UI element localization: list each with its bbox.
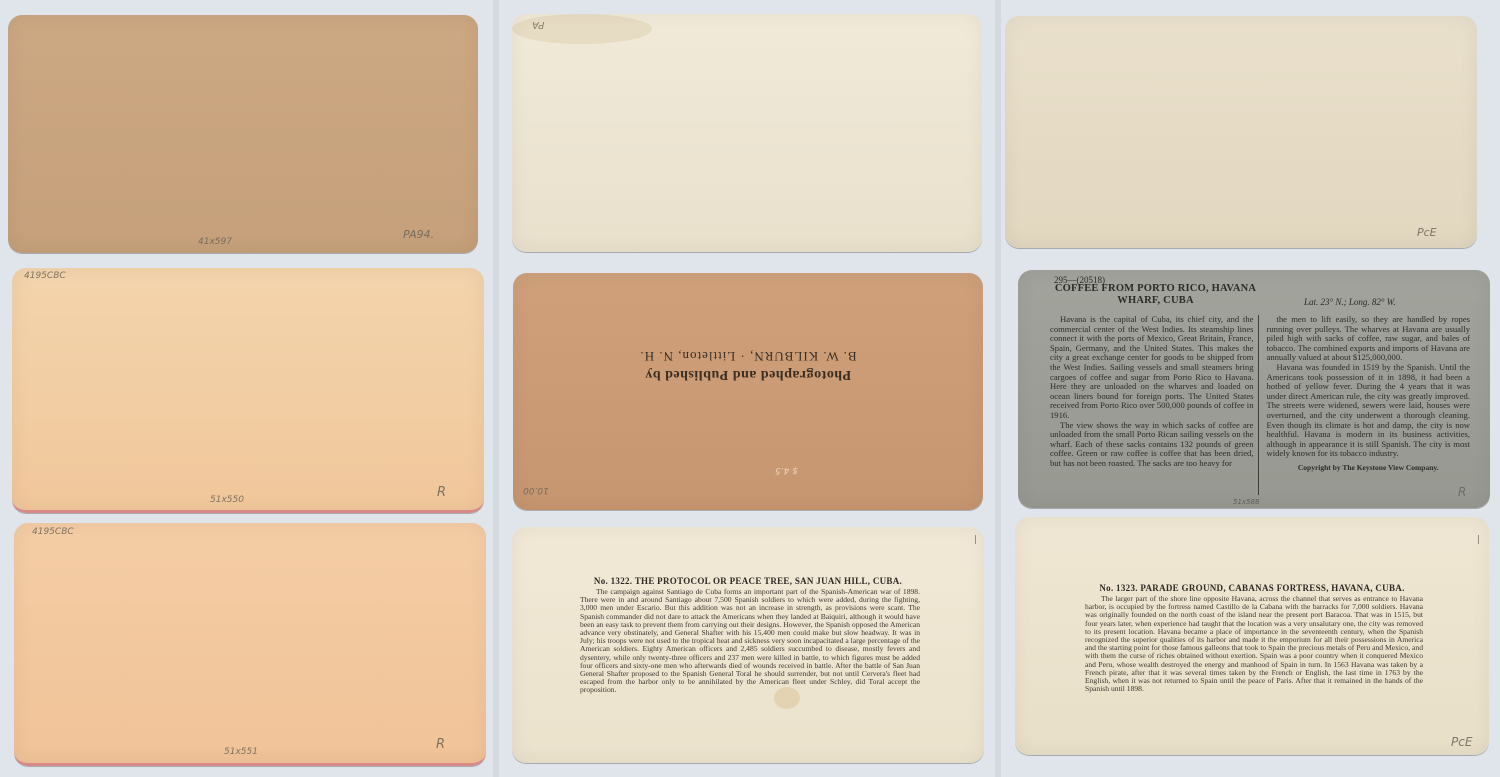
card-r1c3: PcE: [1005, 16, 1477, 248]
card-r2c3-keystone: 295—(20518) COFFEE FROM PORTO RICO, HAVA…: [1018, 270, 1490, 508]
handwritten-note: 10.00: [523, 485, 549, 495]
card-r2c2-kilburn: Photographed and Published by B. W. KILB…: [513, 273, 983, 510]
imprint-line-1: Photographed and Published by: [513, 366, 983, 382]
description-columns: Havana is the capital of Cuba, its chief…: [1050, 315, 1470, 495]
paragraph: The larger part of the shore line opposi…: [1085, 595, 1423, 693]
handwritten-note: PcE: [1417, 226, 1437, 239]
card-r3c1: 4195CBC 51x551 R: [14, 523, 486, 766]
card-body: The larger part of the shore line opposi…: [1085, 595, 1423, 693]
handwritten-note: 51x551: [224, 747, 258, 757]
card-r2c1: 4195CBC 51x550 R: [12, 268, 484, 513]
paragraph: The view shows the way in which sacks of…: [1050, 421, 1254, 469]
card-r3c3-1323: No. 1323. PARADE GROUND, CABANAS FORTRES…: [1015, 517, 1489, 755]
handwritten-note: R: [1458, 485, 1466, 499]
handwritten-note: 4195CBC: [32, 527, 74, 537]
card-r1c1: 41x597 PA94.: [8, 15, 478, 253]
card-body: The campaign against Santiago de Cuba fo…: [580, 588, 920, 695]
handwritten-note: |: [1477, 535, 1480, 545]
description-left-column: Havana is the capital of Cuba, its chief…: [1050, 315, 1259, 495]
column-divider-2: [995, 0, 1001, 777]
handwritten-note: 51x588: [1233, 498, 1259, 506]
paragraph: the men to lift easily, so they are hand…: [1267, 315, 1471, 363]
copyright: Copyright by The Keystone View Company.: [1267, 463, 1471, 473]
paragraph: The campaign against Santiago de Cuba fo…: [580, 588, 920, 695]
card-title: No. 1322. THE PROTOCOL OR PEACE TREE, SA…: [512, 576, 984, 586]
publisher-imprint: Photographed and Published by B. W. KILB…: [513, 348, 983, 382]
lat-long: Lat. 23° N.; Long. 82° W.: [1304, 297, 1396, 307]
handwritten-note: |: [974, 535, 977, 545]
column-divider-1: [493, 0, 499, 777]
paragraph: Havana is the capital of Cuba, its chief…: [1050, 315, 1254, 421]
handwritten-note: 4195CBC: [24, 271, 66, 281]
imprint-line-2: B. W. KILBURN, · Littleton, N. H.: [513, 348, 983, 364]
description-right-column: the men to lift easily, so they are hand…: [1265, 315, 1471, 495]
handwritten-note: 41x597: [198, 237, 232, 247]
handwritten-note: PA: [532, 19, 544, 30]
handwritten-note: R: [437, 485, 446, 500]
handwritten-note: PA94.: [403, 228, 434, 241]
card-title: COFFEE FROM PORTO RICO, HAVANA WHARF, CU…: [1048, 283, 1263, 307]
paragraph: Havana was founded in 1519 by the Spanis…: [1267, 363, 1471, 459]
card-title: No. 1323. PARADE GROUND, CABANAS FORTRES…: [1015, 583, 1489, 593]
handwritten-note: 51x550: [210, 495, 244, 505]
card-r3c2-1322: No. 1322. THE PROTOCOL OR PEACE TREE, SA…: [512, 527, 984, 763]
handwritten-note: R: [436, 737, 445, 752]
handwritten-note: PcE: [1451, 735, 1472, 749]
card-r1c2: PA: [512, 14, 982, 252]
handwritten-note: $ 4.5: [775, 465, 798, 475]
